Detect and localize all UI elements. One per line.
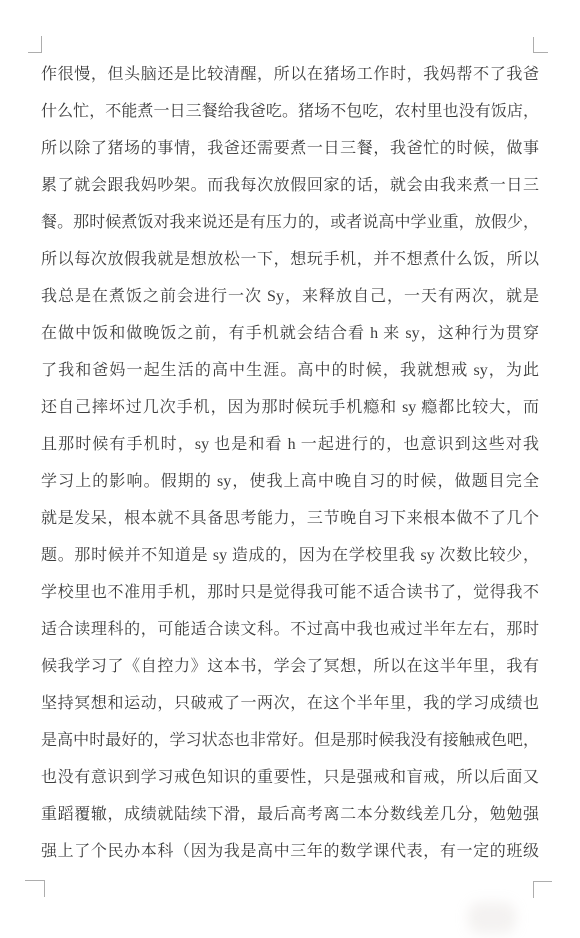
text-line: 强上了个民办本科（因为我是高中三年的数学课代表，有一定的班级 <box>41 833 539 870</box>
text-line: 候我学习了《自控力》这本书，学会了冥想，所以在这半年里，我有 <box>41 648 539 685</box>
text-line: 餐。那时候煮饭对我来说还是有压力的，或者说高中学业重，放假少， <box>41 204 539 241</box>
document-page: 作很慢，但头脑还是比较清醒，所以在猪场工作时，我妈帮不了我爸 什么忙，不能煮一日… <box>0 0 580 938</box>
text-line: 作很慢，但头脑还是比较清醒，所以在猪场工作时，我妈帮不了我爸 <box>41 56 539 93</box>
text-line: 重蹈覆辙，成绩就陆续下滑，最后高考离二本分数线差几分，勉勉强 <box>41 796 539 833</box>
text-line: 也没有意识到学习戒色知识的重要性，只是强戒和盲戒，所以后面又 <box>41 759 539 796</box>
text-line: 学习上的影响。假期的 sy，使我上高中晚自习的时候，做题目完全 <box>41 463 539 500</box>
text-line: 就是发呆，根本就不具备思考能力，三节晚自习下来根本做不了几个 <box>41 500 539 537</box>
text-line: 累了就会跟我妈吵架。而我每次放假回家的话，就会由我来煮一日三 <box>41 167 539 204</box>
text-line: 坚持冥想和运动，只破戒了一两次，在这个半年里，我的学习成绩也 <box>41 685 539 722</box>
text-boundary-mark-top-right <box>533 37 548 53</box>
text-line: 了我和爸妈一起生活的高中生涯。高中的时候，我就想戒 sy，为此 <box>41 352 539 389</box>
watermark-smudge <box>468 902 516 934</box>
text-line: 还自己摔坏过几次手机，因为那时候玩手机瘾和 sy 瘾都比较大，而 <box>41 389 539 426</box>
text-line: 且那时候有手机时，sy 也是和看 h 一起进行的，也意识到这些对我 <box>41 426 539 463</box>
text-line: 什么忙，不能煮一日三餐给我爸吃。猪场不包吃，农村里也没有饭店， <box>41 93 539 130</box>
text-line: 所以除了猪场的事情，我爸还需要煮一日三餐，我爸忙的时候，做事 <box>41 130 539 167</box>
text-line: 学校里也不准用手机，那时只是觉得我可能不适合读书了，觉得我不 <box>41 574 539 611</box>
text-line: 我总是在煮饭之前会进行一次 Sy，来释放自己，一天有两次，就是 <box>41 278 539 315</box>
text-boundary-mark-bottom-right <box>533 881 552 898</box>
text-line: 在做中饭和做晚饭之前，有手机就会结合看 h 来 sy，这种行为贯穿 <box>41 315 539 352</box>
text-line: 所以每次放假我就是想放松一下，想玩手机，并不想煮什么饭，所以 <box>41 241 539 278</box>
text-line: 适合读理科的，可能适合读文科。不过高中我也戒过半年左右，那时 <box>41 611 539 648</box>
body-text: 作很慢，但头脑还是比较清醒，所以在猪场工作时，我妈帮不了我爸 什么忙，不能煮一日… <box>41 56 539 870</box>
text-line: 是高中时最好的，学习状态也非常好。但是那时候我没有接触戒色吧， <box>41 722 539 759</box>
text-line: 题。那时候并不知道是 sy 造成的，因为在学校里我 sy 次数比较少， <box>41 537 539 574</box>
text-boundary-mark-top-left <box>28 36 42 53</box>
text-boundary-mark-bottom-left <box>25 880 45 897</box>
